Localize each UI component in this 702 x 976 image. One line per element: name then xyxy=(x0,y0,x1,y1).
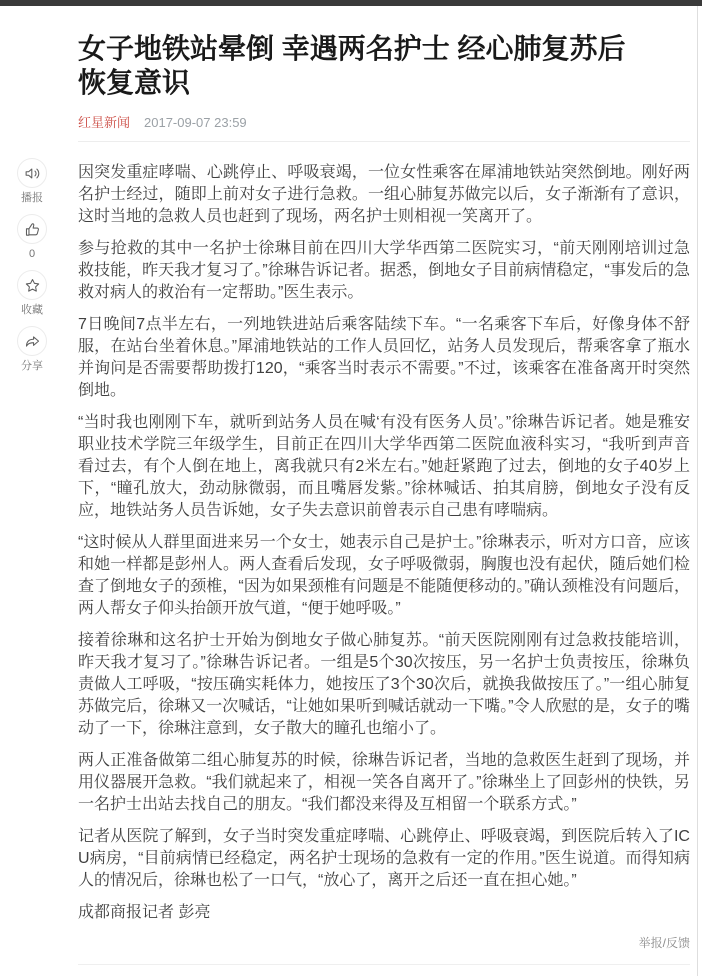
share-button[interactable]: 分享 xyxy=(8,326,56,373)
report-feedback-link[interactable]: 举报/反馈 xyxy=(639,936,690,950)
favorite-button[interactable]: 收藏 xyxy=(8,270,56,317)
bottom-divider xyxy=(78,964,690,965)
share-icon xyxy=(17,326,47,356)
favorite-label: 收藏 xyxy=(21,304,43,317)
byline: 成都商报记者 彭亮 xyxy=(78,902,690,924)
source-name[interactable]: 红星新闻 xyxy=(78,112,130,131)
article-meta: 红星新闻 2017-09-07 23:59 xyxy=(78,112,690,131)
page-right-border xyxy=(697,6,698,976)
paragraph: 参与抢救的其中一名护士徐琳目前在四川大学华西第二医院实习，“前天刚刚培训过急救技… xyxy=(78,238,690,304)
speaker-icon xyxy=(17,158,47,188)
thumbs-up-icon xyxy=(17,214,47,244)
like-count: 0 xyxy=(29,248,35,261)
paragraph: 因突发重症哮喘、心跳停止、呼吸衰竭，一位女性乘客在犀浦地铁站突然倒地。刚好两名护… xyxy=(78,162,690,228)
share-label: 分享 xyxy=(21,360,43,373)
publish-timestamp: 2017-09-07 23:59 xyxy=(144,115,247,130)
broadcast-button[interactable]: 播报 xyxy=(8,158,56,205)
paragraph: 接着徐琳和这名护士开始为倒地女子做心肺复苏。“前天医院刚刚有过急救技能培训，昨天… xyxy=(78,630,690,740)
article-body: 因突发重症哮喘、心跳停止、呼吸衰竭，一位女性乘客在犀浦地铁站突然倒地。刚好两名护… xyxy=(78,142,690,924)
star-icon xyxy=(17,270,47,300)
like-button[interactable]: 0 xyxy=(8,214,56,261)
broadcast-label: 播报 xyxy=(21,192,43,205)
article-title: 女子地铁站晕倒 幸遇两名护士 经心肺复苏后恢复意识 xyxy=(78,32,644,100)
paragraph: “这时候从人群里面进来另一个女士，她表示自己是护士。”徐琳表示，听对方口音，应该… xyxy=(78,532,690,620)
paragraph: “当时我也刚刚下车，就听到站务人员在喊‘有没有医务人员’。”徐琳告诉记者。她是雅… xyxy=(78,412,690,522)
article-content: 女子地铁站晕倒 幸遇两名护士 经心肺复苏后恢复意识 红星新闻 2017-09-0… xyxy=(78,6,690,965)
paragraph: 记者从医院了解到，女子当时突发重症哮喘、心跳停止、呼吸衰竭，到医院后转入了ICU… xyxy=(78,826,690,892)
paragraph: 两人正准备做第二组心肺复苏的时候，徐琳告诉记者，当地的急救医生赶到了现场，并用仪… xyxy=(78,750,690,816)
article-footer: 举报/反馈 xyxy=(78,934,690,952)
article-tool-sidebar: 播报 0 收藏 分享 xyxy=(8,158,56,382)
paragraph: 7日晚间7点半左右，一列地铁进站后乘客陆续下车。“一名乘客下车后，好像身体不舒服… xyxy=(78,314,690,402)
